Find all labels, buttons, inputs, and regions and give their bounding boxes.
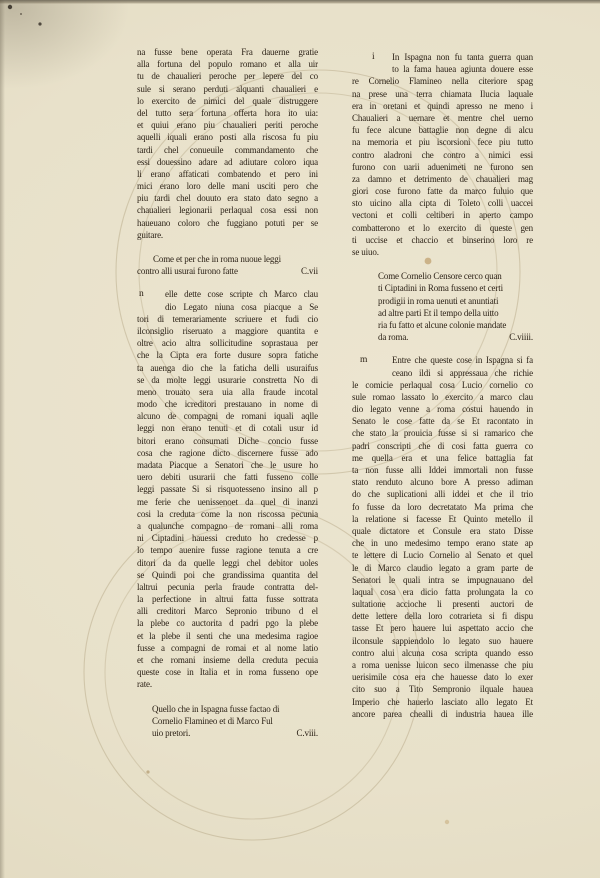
text-line: fusse a compagni de romai et al nome lat… [137,642,318,654]
text-line: uero debiti usurarii che fatti fusseno c… [137,471,318,483]
heading-chapter-line: uio pretori. C.viii. [137,727,318,739]
text-line: za damno et detrimento de chaualieri mag [352,173,533,185]
heading-last-line: uio pretori. [137,727,190,739]
text-line: madata Piacque a Senatori che le usure h… [137,459,318,471]
text-line: mici erano loro delle mani usciti pero c… [137,180,318,192]
text-line: se da molte leggi usurarie constretta No… [137,374,318,386]
left-paragraph-2: n elle dette cose scripte ch Marco claud… [137,288,318,690]
left-paragraph-1-lines: na fusse bene operata Fra dauerne gratie… [137,46,318,229]
text-line: ad altre parti Et il tempo della uitto [352,307,533,319]
left-paragraph-1-tail: guitare. [137,229,318,241]
chapter-number: C.vii [301,265,318,277]
text-line: na prese una terra chiamata Ilucia laqua… [352,88,533,100]
text-line: la relatione si facesse Et Quinto metell… [352,513,533,525]
text-line: ti uccise et chaccio et binserino loro r… [352,234,533,246]
text-line: ilconsule sappiendolo lo legato suo haue… [352,635,533,647]
text-line: na fusse bene operata Fra dauerne gratie [137,46,318,58]
text-line: sule si serano perduti alquanti chaualie… [137,83,318,95]
heading-chapter-line: da roma. C.viiii. [352,331,533,343]
heading-last-line: contro alli usurai furono fatte [137,265,238,277]
text-line: ilconsiglio riseruato a maggiore quantit… [137,325,318,337]
text-line: vectoni et colli celtiberi in aperto cam… [352,209,533,221]
text-line: Quello che in Ispagna fusse factao di [137,703,318,715]
paper-speck [445,820,449,824]
text-line: alcuno de compagni de romani iquali aqll… [137,410,318,422]
text-line: dio Legato niuna cosa piacque a Se [137,301,318,313]
text-line: le di Marco claudio legato a gram parte … [352,562,533,574]
heading-lines: Quello che in Ispagna fusse factao diCor… [137,703,318,727]
text-line: contro alui alcuna cosa scripta quando e… [352,647,533,659]
right-paragraph-1-lines: re Cornelio Flamineo nella citeriore spa… [352,75,533,246]
heading-chapter-line: contro alli usurai furono fatte C.vii [137,265,318,277]
text-line: se Quindi poi che grandissima quantita d… [137,569,318,581]
text-line: lo tempo auenire fusse ragione tenuta a … [137,544,318,556]
guide-letter-n: n [139,288,144,300]
chapter-heading-spain-pretori: Quello che in Ispagna fusse factao diCor… [137,703,318,740]
text-line: leggi non erano tenuti et di cotali usur… [137,422,318,434]
right-paragraph-2: m Entre che queste cose in Ispagna si fa… [352,354,533,720]
text-line: Entre che queste cose in Ispagna si fa [352,354,533,366]
text-line: laqual cosa era dicio fatta prolungata l… [352,586,533,598]
right-paragraph-1: i In Ispagna non fu tanta guerra quanto … [352,51,533,258]
text-line: cosi la creduta come la non riscossa pec… [137,508,318,520]
guide-letter-m: m [360,354,367,366]
text-line: le comicie perlaqual cosa Lucio cornelio… [352,379,533,391]
text-line: quale dictatore et Consule era stato Dis… [352,525,533,537]
left-paragraph-2-lines: tori di temerariamente scriuere et fudi … [137,313,318,679]
text-line: tasse Et pero hauere lui aspettato accio… [352,622,533,634]
right-paragraph-2-indent-lines: Entre che queste cose in Ispagna si face… [352,354,533,378]
scanned-book-page: { "page": { "paper_color": "#e8e1ca", "i… [0,0,600,878]
page-left-edge-shadow [0,0,5,878]
text-line: ta auenga dio che la faticha delli usura… [137,362,318,374]
text-line: che stato la prouicia fusse si si ramari… [352,427,533,439]
text-line: ditori da da quelle leggi chel debitor u… [137,557,318,569]
text-line: combatterono et lo exercito di queste ge… [352,222,533,234]
left-paragraph-2-tail: rate. [137,678,318,690]
text-line: la plebe co auctorita d padri pgo la ple… [137,617,318,629]
text-line: uerisimile cosa era che hauesse dato lo … [352,671,533,683]
text-line: na memoria et piu iscorsioni fece piu tu… [352,136,533,148]
text-line: fu fece alcune battaglie non degne di al… [352,124,533,136]
text-line: furono con uarii aduenimeti ne furono se… [352,161,533,173]
paper-speck [146,770,149,773]
text-line: stato renduto alcuno bore A presso adima… [352,476,533,488]
text-line: te lettere di Lucio Cornelio al Senato e… [352,549,533,561]
text-line: queste cose in Italia et in roma fusseno… [137,666,318,678]
text-line: ni Ciptadini hauessi creduto ho credesse… [137,532,318,544]
heading-last-line: da roma. [352,331,408,343]
text-line: prodigii in roma uenuti et anuntiati [352,295,533,307]
text-line: che in uno medesimo tempo erano state ap [352,537,533,549]
right-paragraph-2-lines: le comicie perlaqual cosa Lucio cornelio… [352,379,533,720]
chapter-number: C.viiii. [509,331,533,343]
text-line: alla fortuna del populo romano et alla u… [137,58,318,70]
right-paragraph-1-indent-lines: In Ispagna non fu tanta guerra quanto la… [352,51,533,75]
text-line: haueuano coloro che fuggiano potuti per … [137,217,318,229]
text-line: tu de chaualieri peroche per lepere del … [137,70,318,82]
text-line: a qualunche compagno de romani alli roma [137,520,318,532]
chapter-heading-censor-census: Come Cornelio Censore cerco quanti Cipta… [352,270,533,343]
text-line: me ferie che uenissenoet da quel di inan… [137,496,318,508]
left-text-column: na fusse bene operata Fra dauerne gratie… [137,46,318,750]
corner-smudge [0,0,130,90]
text-line: tori di temerariamente scriuere et fudi … [137,313,318,325]
text-line: do che suplicationi alli iddei et che il… [352,488,533,500]
text-line: bitori erano consumati Diche concio fuss… [137,435,318,447]
text-line: Imperio che hauerlo lasciato allo legato… [352,696,533,708]
text-line: Come Cornelio Censore cerco quan [352,270,533,282]
text-line: giori cose furono fatte da marco fuluio … [352,185,533,197]
text-line: piu tardi chel douuto era stato dato seg… [137,192,318,204]
text-line: li erano affaticati combatendo et pero i… [137,168,318,180]
text-line: era in oretani et quindi apresso ne meno… [352,100,533,112]
text-line: contro aladroni che contro a nimici essi [352,149,533,161]
text-line: Cornelio Flamineo et di Marco Ful [137,715,318,727]
text-line: to la fama hauea agiunta douere esse [352,63,533,75]
text-line: me quella era et una felice battaglia fa… [352,452,533,464]
text-line: re Cornelio Flamineo nella citeriore spa… [352,75,533,87]
text-line: lo exercito de nimici del quale distrugg… [137,95,318,107]
text-line: sultatione accioche li presenti auctori … [352,598,533,610]
text-line: che la Cipta era forte dusure sopra fati… [137,349,318,361]
text-line: et la plebe il senti che una medesima ra… [137,630,318,642]
text-line: alli creditori Marco Sepronio tribuno d … [137,605,318,617]
text-line: leggi passate Si si risquotesseno insino… [137,483,318,495]
heading-lines: Come et per che in roma nuoue leggi [137,253,318,265]
text-line: del tutto sera fortuna offerta hora ito … [137,107,318,119]
text-line: ceano ildi si appressaua che richie [352,367,533,379]
text-line: tardi chel conueuile commandamento che [137,144,318,156]
text-line: dette lettere della loro cotrarieta si f… [352,610,533,622]
text-line: meno trouato sera uia alla fraude incota… [137,386,318,398]
text-line: In Ispagna non fu tanta guerra quan [352,51,533,63]
text-line: fo fusse da loro decretatato Ma prima ch… [352,501,533,513]
text-line: la perfectione in altrui fatta fusse sot… [137,593,318,605]
right-paragraph-1-tail: se uiuo. [352,246,533,258]
text-line: dio legato venne a roma costui hauendo i… [352,403,533,415]
text-line: padri conscripti che di cosi fatta guerr… [352,440,533,452]
text-line: laltrui pecunia perla fraude contratta d… [137,581,318,593]
text-line: Senato le cose fatte da se Et racontato … [352,415,533,427]
heading-lines: Come Cornelio Censore cerco quanti Cipta… [352,270,533,331]
left-paragraph-1: na fusse bene operata Fra dauerne gratie… [137,46,318,241]
text-line: ancore parea chealli di industria hauea … [352,708,533,720]
text-line: ta non fusse alli Iddei immortali non fu… [352,464,533,476]
text-line: oltre acio altra sollicitudine soprastau… [137,337,318,349]
text-line: cito suo a Tito Sempronio ilquale hauea [352,683,533,695]
text-line: cosa che ragione dicto discernere fusse … [137,447,318,459]
text-line: chaualieri legionarii perlaqual cosa ess… [137,204,318,216]
text-line: Chaualieri a uernare et mentre chel uern… [352,112,533,124]
text-line: ria fu fatto et alcune colonie mandate [352,319,533,331]
text-line: sto uicino alla cipta di Toleto colli ua… [352,197,533,209]
text-line: essi douessino adare ad adiutare coloro … [137,156,318,168]
text-line: aquelli iquali erano posti alla riscosa … [137,131,318,143]
text-line: et quiui erano piu chaualieri periti per… [137,119,318,131]
left-paragraph-2-indent-lines: elle dette cose scripte ch Marco claudio… [137,288,318,312]
text-line: Come et per che in roma nuoue leggi [137,253,318,265]
text-line: et che romani insieme della creduta pecu… [137,654,318,666]
text-line: ti Ciptadini in Roma fusseno et certi [352,282,533,294]
chapter-number: C.viii. [297,727,318,739]
text-line: modo che icreditori prestauano in nome d… [137,398,318,410]
text-line: sule romao lassato lo exercito a marco c… [352,391,533,403]
text-line: elle dette cose scripte ch Marco clau [137,288,318,300]
right-text-column: i In Ispagna non fu tanta guerra quanto … [352,51,533,720]
guide-letter-i: i [372,51,375,63]
text-line: a roma uenisse luicon seco ilmenasse che… [352,659,533,671]
chapter-heading-usury-laws: Come et per che in roma nuoue leggi cont… [137,253,318,277]
text-line: Senatori le quali intra se impugnauano d… [352,574,533,586]
